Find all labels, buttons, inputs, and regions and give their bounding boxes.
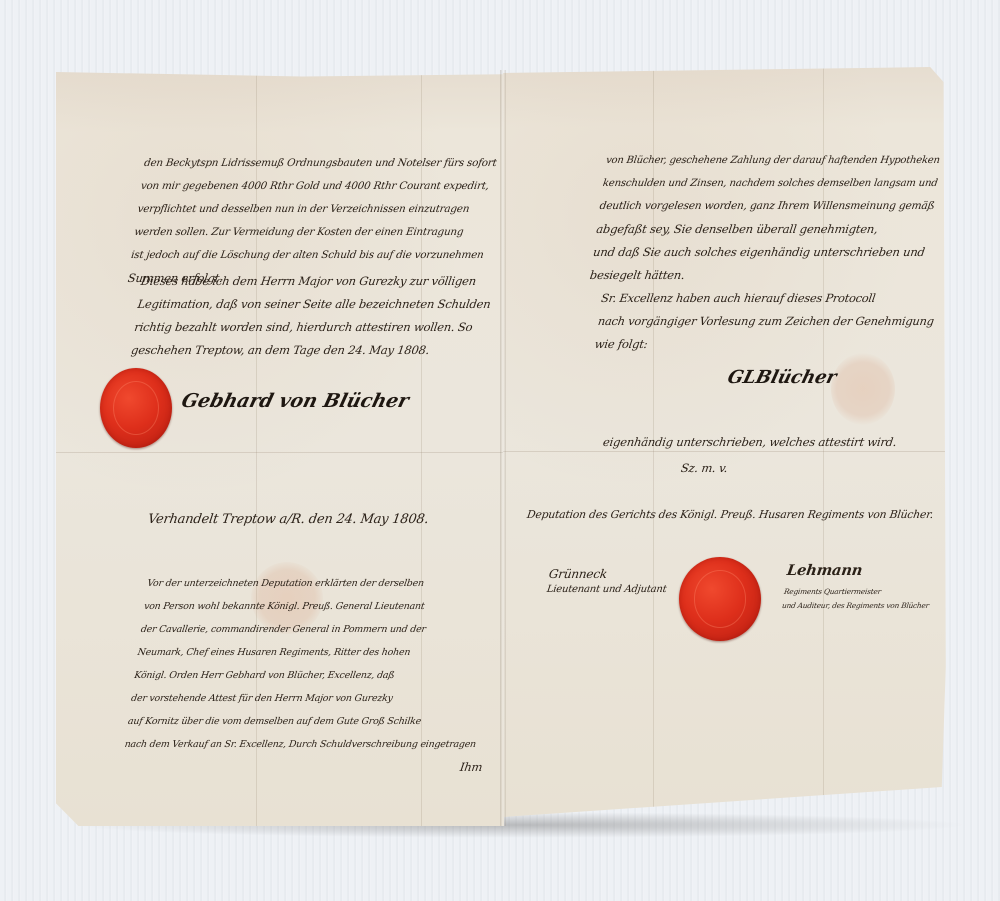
signatory-left-title: Lieutenant und Adjutant <box>546 583 668 597</box>
wax-seal <box>100 368 172 448</box>
stain <box>831 353 895 425</box>
signatory-right: Lehmann Regiments Quartiermeister und Au… <box>781 557 936 613</box>
signature-bluecher: GLBlücher <box>725 367 838 388</box>
closing-abbreviation: Sz. m. v. <box>679 457 729 480</box>
catchword: Ihm <box>458 756 483 779</box>
book-spine <box>500 70 506 826</box>
paragraph-2: Dieses habe ich dem Herrn Major von Gure… <box>130 270 496 362</box>
right-page: von Blücher, geschehene Zahlung der dara… <box>503 67 948 817</box>
paragraph-2: Sr. Excellenz haben auch hierauf dieses … <box>593 287 938 356</box>
paragraph-3: Vor der unterzeichneten Deputation erklä… <box>123 572 500 756</box>
dateline: Verhandelt Treptow a/R. den 24. May 1808… <box>146 508 430 531</box>
signatory-left-name: Grünneck <box>548 565 670 583</box>
fold-crease <box>56 452 504 453</box>
signatory-right-title-1: Regiments Quartiermeister <box>783 585 932 599</box>
signature-gebhard-von-bluecher: Gebhard von Blücher <box>179 390 411 412</box>
attestation-line: eigenhändig unterschrieben, welches atte… <box>601 431 898 454</box>
wax-seal <box>679 557 761 641</box>
left-page: den Beckytspn Lidrissemuß Ordnungsbauten… <box>56 72 504 826</box>
paragraph-1: von Blücher, geschehene Zahlung der dara… <box>588 149 942 287</box>
signatory-left: Grünneck Lieutenant und Adjutant <box>546 565 670 597</box>
signatory-right-name: Lehmann <box>785 557 936 585</box>
signatory-right-title-2: und Auditeur, des Regiments von Blücher <box>781 599 930 613</box>
deputation-line: Deputation des Gerichts des Königl. Preu… <box>525 503 934 526</box>
